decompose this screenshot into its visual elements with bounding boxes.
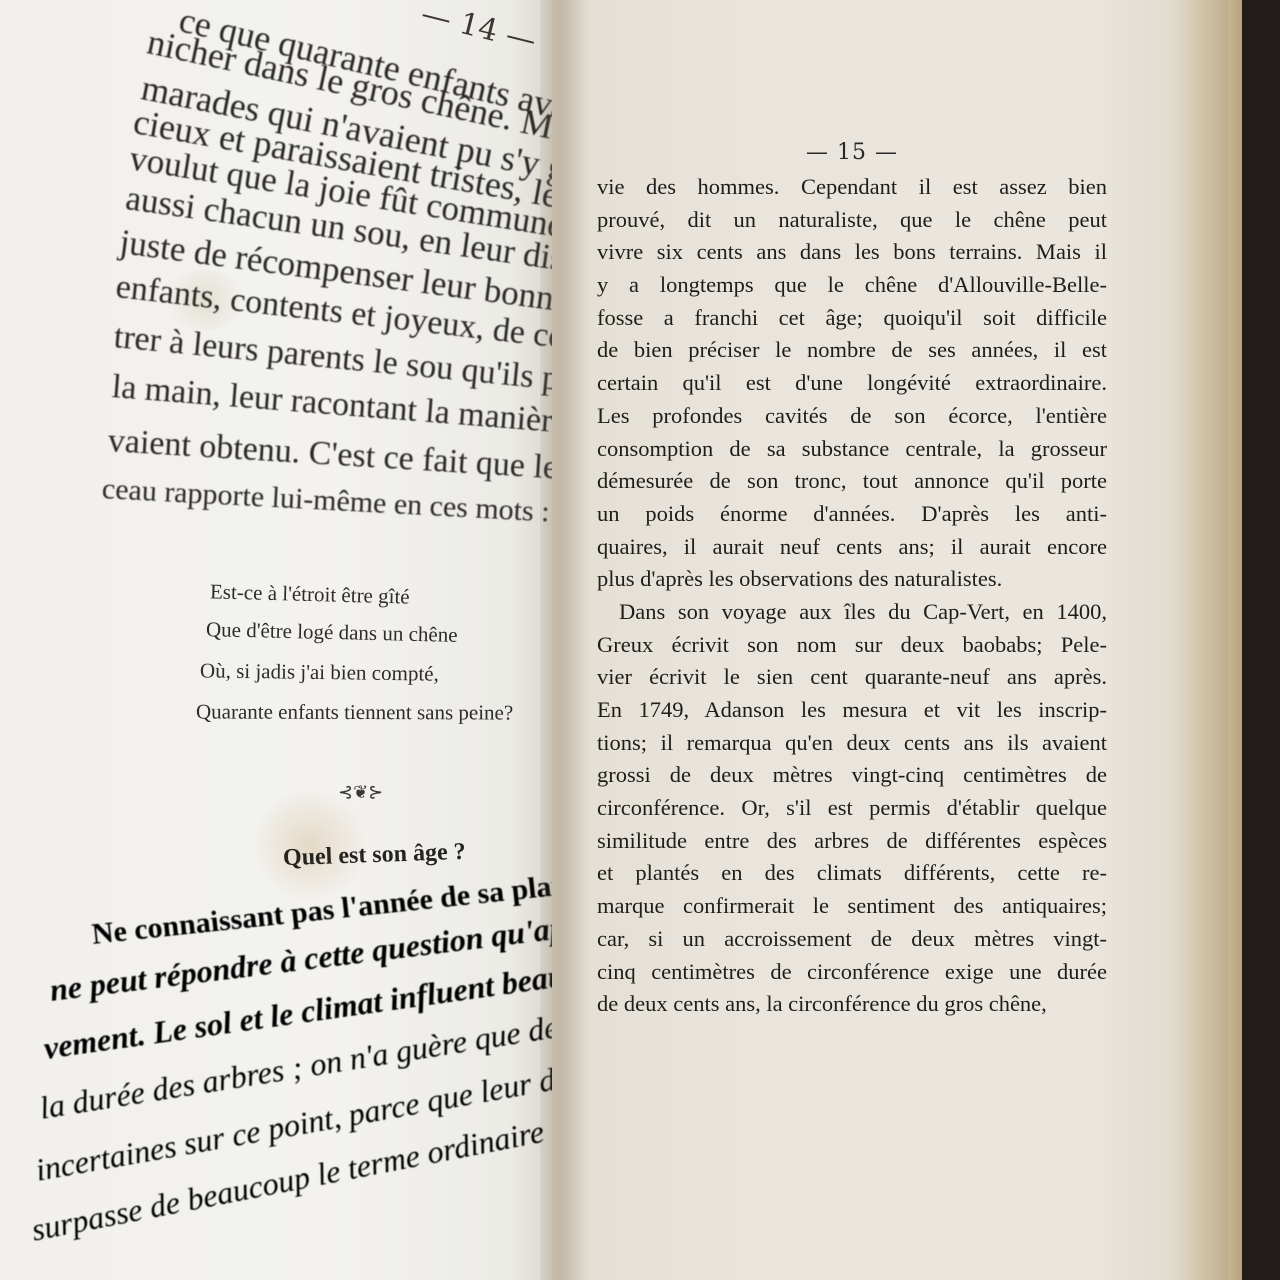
text-line: Dans son voyage aux îles du Cap-Vert, en… — [597, 596, 1107, 629]
text-line: vivre six cents ans dans les bons terrai… — [597, 236, 1107, 269]
verse-line: Est-ce à l'étroit être gîté — [210, 579, 410, 609]
text-line: vier écrivit le sien cent quarante-neuf … — [597, 661, 1107, 694]
text-line: et plantés en des climats différents, ce… — [597, 857, 1107, 890]
right-page-number: — 15 — — [597, 140, 1107, 165]
text-line: car, si un accroissement de deux mètres … — [597, 923, 1107, 956]
text-line: de bien préciser le nombre de ses années… — [597, 334, 1107, 367]
text-line: de deux cents ans, la circonférence du g… — [597, 988, 1107, 1021]
verse-line: Où, si jadis j'ai bien compté, — [200, 658, 439, 686]
text-line: Greux écrivit son nom sur deux baobabs; … — [597, 629, 1107, 662]
verse-line: Que d'être logé dans un chêne — [206, 617, 458, 648]
text-line: fosse a franchi cet âge; quoiqu'il soit … — [597, 302, 1107, 335]
book-cover-edge — [1242, 0, 1280, 1280]
text-line: En 1749, Adanson les mesura et vit les i… — [597, 694, 1107, 727]
text-line: quaires, il aurait neuf cents ans; il au… — [597, 531, 1107, 564]
text-line: vie des hommes. Cependant il est assez b… — [597, 171, 1107, 204]
left-page: — 14 — ce que quarante enfants avaient n… — [0, 0, 552, 1280]
book-gutter — [540, 0, 590, 1280]
left-page-number: — 14 — — [418, 0, 540, 59]
text-line: circonférence. Or, s'il est permis d'éta… — [597, 792, 1107, 825]
text-line: tions; il remarqua qu'en deux cents ans … — [597, 727, 1107, 760]
ornament-divider-icon: ⊰❦⊱ — [338, 782, 383, 803]
text-line: certain qu'il est d'une longévité extrao… — [597, 367, 1107, 400]
text-line: grossi de deux mètres vingt-cinq centimè… — [597, 759, 1107, 792]
text-line: plus d'après les observations des natura… — [597, 563, 1107, 596]
section-heading: Quel est son âge ? — [283, 839, 467, 872]
text-line: similitude entre des arbres de différent… — [597, 825, 1107, 858]
text-line: marque confirmerait le sentiment des ant… — [597, 890, 1107, 923]
text-line: démesurée de son tronc, tout annonce qu'… — [597, 465, 1107, 498]
text-line: cinq centimètres de circonférence exige … — [597, 956, 1107, 989]
page-edges — [1228, 0, 1242, 1280]
text-line: un poids énorme d'années. D'après les an… — [597, 498, 1107, 531]
text-line: consomption de sa substance centrale, la… — [597, 433, 1107, 466]
right-page-body: — 15 — vie des hommes. Cependant il est … — [597, 140, 1107, 1021]
verse-line: Quarante enfants tiennent sans peine? — [196, 699, 513, 725]
open-book-spread: — 14 — ce que quarante enfants avaient n… — [0, 0, 1280, 1280]
text-line: y a longtemps que le chêne d'Allouville-… — [597, 269, 1107, 302]
text-line: prouvé, dit un naturaliste, que le chêne… — [597, 204, 1107, 237]
text-line: Les profondes cavités de son écorce, l'e… — [597, 400, 1107, 433]
